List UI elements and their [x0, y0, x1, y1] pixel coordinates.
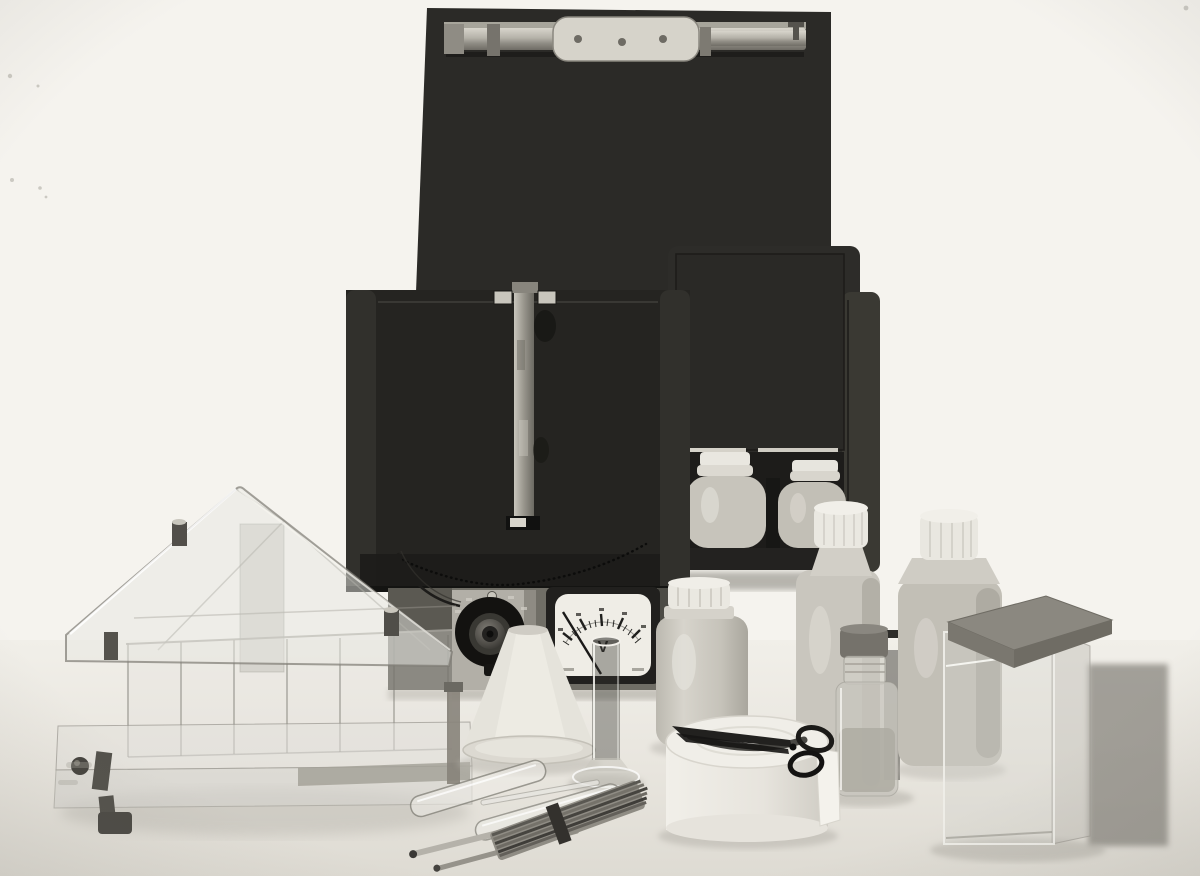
photograph-canvas: V	[0, 0, 1200, 876]
vignette	[0, 0, 1200, 876]
photograph: V	[0, 0, 1200, 876]
